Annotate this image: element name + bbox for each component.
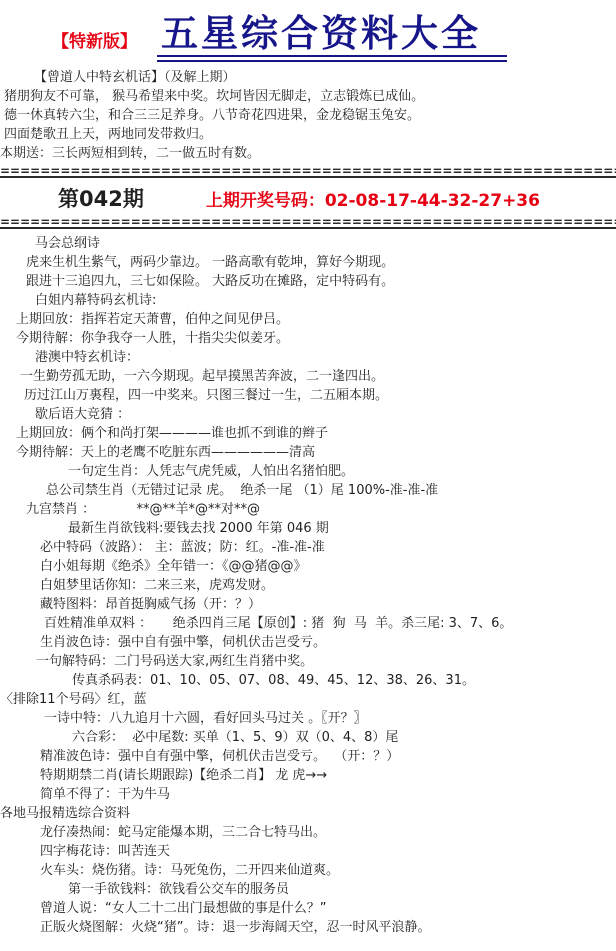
text-line: 特期期禁二肖(请长期跟踪)【绝杀二肖】 龙 虎→→ [0, 766, 616, 785]
text-line: 必中特码（波路）： 主：蓝波；防：红。-准-准-准 [0, 538, 616, 557]
text-line: 白姐内幕特码玄机诗: [0, 291, 616, 310]
text-line: 火车头：烧伤猪。诗：马死兔伤，二开四来仙道爽。 [0, 861, 616, 880]
equals-row: ========================================… [0, 218, 616, 229]
text-line: 今期待解：天上的老鹰不吃脏东西——————清高 [0, 443, 616, 462]
issue-row: 第042期 上期开奖号码：02-08-17-44-32-27+36 [0, 178, 616, 218]
page-header: 【特新版】 五星综合资料大全 [0, 0, 616, 62]
text-line: 上期回放：指挥若定天萧曹，伯仲之间见伊吕。 [0, 310, 616, 329]
text-line: 正版火烧图解：火烧“猪”。诗：退一步海阔天空，忍一时风平浪静。 [0, 918, 616, 937]
text-line: 白小姐每期《绝杀》全年错一：《@@猪@@》 [0, 557, 616, 576]
text-line: 四字梅花诗：叫苦连天 [0, 842, 616, 861]
text-line: 百姓精准单双料 ： 绝杀四肖三尾【原创】: 猪 狗 马 羊。杀三尾: 3、7、6… [0, 614, 616, 633]
text-line: 【曾道人中特玄机话】（及解上期） [0, 68, 616, 87]
separator-band-top: ========================================… [0, 167, 616, 178]
text-line: 虎来生机生紫气，两码少靠边。 一路高歌有乾坤，算好今期现。 [0, 253, 616, 272]
text-line: 本期送：三长两短相到转，二一做五时有数。 [0, 144, 616, 163]
text-line: 一生勤劳孤无助，一六今期现。起早摸黑苦奔波，二一逢四出。 [0, 367, 616, 386]
text-line: 生肖波色诗：强中自有强中擎，伺机伏击岂受亏。 [0, 633, 616, 652]
text-line: 〈排除11个号码〉红，蓝 [0, 690, 616, 709]
text-line: 一句定生肖：人凭志气虎凭威，人怕出名猪怕肥。 [0, 462, 616, 481]
text-line: 六合彩： 必中尾数: 买单（1、5、9）双（0、4、8）尾 [0, 728, 616, 747]
text-line: 曾道人说：“女人二十二出门最想做的事是什么？” [0, 899, 616, 918]
text-line: 上期回放：俩个和尚打架————谁也抓不到谁的辫子 [0, 424, 616, 443]
text-line: 猪朋狗友不可靠， 猴马希望来中奖。坎坷皆因无脚走，立志锻炼已成仙。 [0, 87, 616, 106]
text-line: 白姐梦里话你知：二来三来，虎鸡发财。 [0, 576, 616, 595]
text-line: 一句解特码：二门号码送大家,两红生肖猪中奖。 [0, 652, 616, 671]
text-line: 今期待解：你争我夺一人胜，十指尖尖似姜牙。 [0, 329, 616, 348]
text-line: 藏特图料：昂首挺胸威气扬（开：？） [0, 595, 616, 614]
edition-tag: 【特新版】 [52, 27, 137, 52]
text-line: 第一手欲钱料：欲钱看公交车的服务员 [0, 880, 616, 899]
text-line: 最新生肖欲钱料:要钱去找 2000 年第 046 期 [0, 519, 616, 538]
text-line: 歇后语大竞猜 ： [0, 405, 616, 424]
text-line: 各地马报精选综合资料 [0, 804, 616, 823]
text-line: 德一休真转六尘，和合三三足养身。八节奇花四进果，金龙稳锯玉兔安。 [0, 106, 616, 125]
text-line: 总公司禁生肖（无错过记录 虎。 绝杀一尾 （1）尾 100%-准-准-准 [0, 481, 616, 500]
equals-row: ========================================… [0, 167, 616, 178]
lottery-info-sheet: 【特新版】 五星综合资料大全 【曾道人中特玄机话】（及解上期）猪朋狗友不可靠， … [0, 0, 616, 951]
text-line: 简单不得了：干为牛马 [0, 785, 616, 804]
last-draw-numbers: 上期开奖号码：02-08-17-44-32-27+36 [206, 186, 540, 211]
text-line: 一诗中特：八九追月十六圆，看好回头马过关 。〖开？〗 [0, 709, 616, 728]
text-line: 九宫禁肖 ： **@**羊*@**对**@ [0, 500, 616, 519]
text-line: 龙仔凑热闹：蛇马定能爆本期，三二合七特马出。 [0, 823, 616, 842]
text-line: 传真杀码表：01、10、05、07、08、49、45、12、38、26、31。 [0, 671, 616, 690]
text-line: 历过江山万裏程，四一中奖来。只图三餐过一生，二五厢本期。 [0, 386, 616, 405]
text-line: 港澳中特玄机诗： [0, 348, 616, 367]
separator-band-bottom: ========================================… [0, 218, 616, 229]
zengdaoren-verse-section: 【曾道人中特玄机话】（及解上期）猪朋狗友不可靠， 猴马希望来中奖。坎坷皆因无脚走… [0, 68, 616, 163]
issue-number: 第042期 [58, 183, 144, 213]
content-lines-section: 马会总纲诗虎来生机生紫气，两码少靠边。 一路高歌有乾坤，算好今期现。跟进十三追四… [0, 234, 616, 937]
text-line: 四面楚歌丑上天，两地同发带救归。 [0, 125, 616, 144]
text-line: 精准波色诗：强中自有强中擎，伺机伏击岂受亏。 （开：？） [0, 747, 616, 766]
text-line: 跟进十三追四九，三七如保险。 大路反功在摊路，定中特码有。 [0, 272, 616, 291]
text-line: 马会总纲诗 [0, 234, 616, 253]
page-title: 五星综合资料大全 [157, 15, 507, 62]
